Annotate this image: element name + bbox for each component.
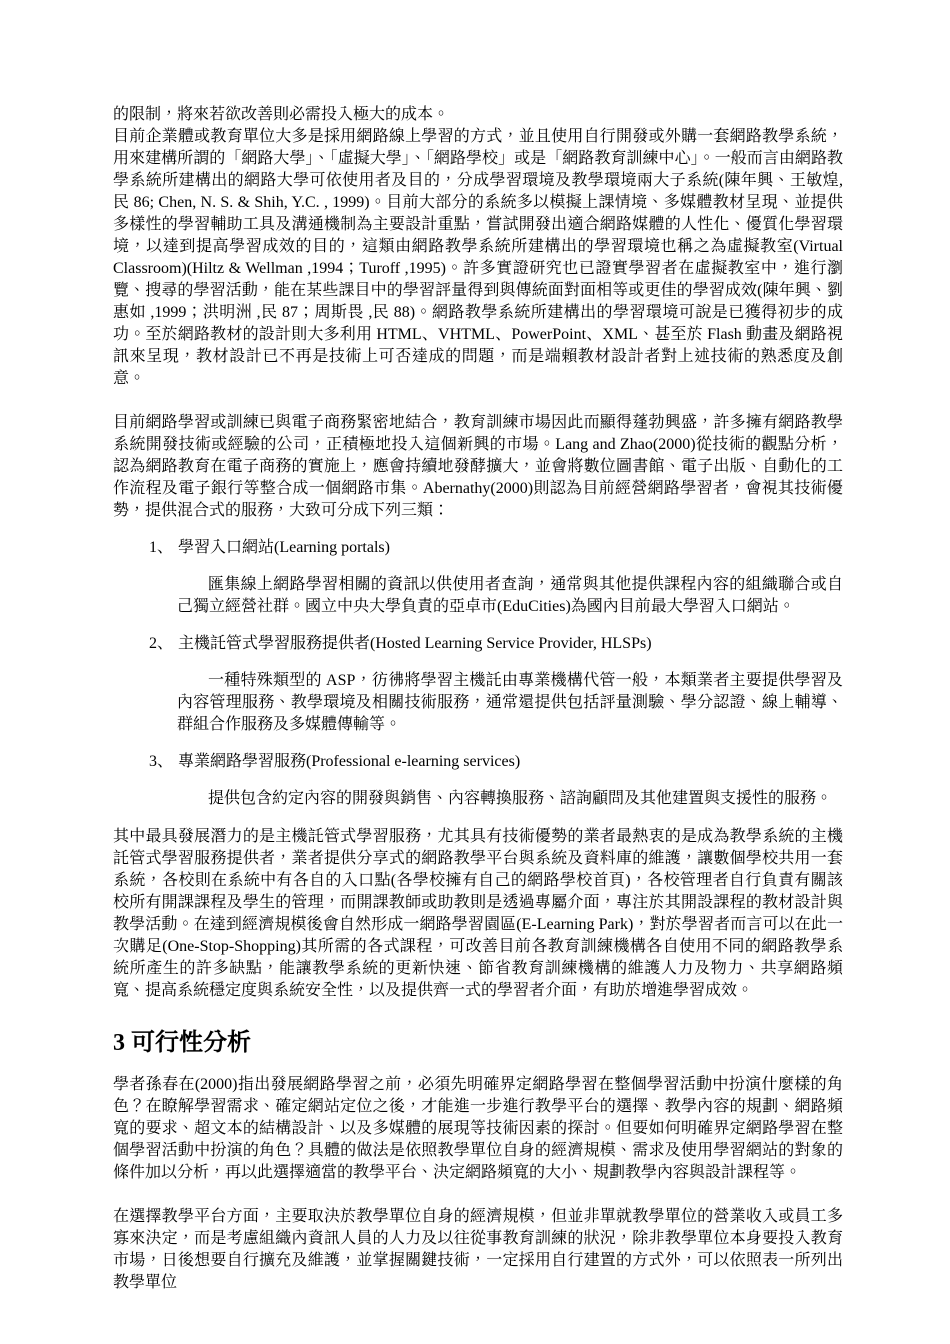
list-item-number: 1、: [149, 537, 178, 559]
list-item-number: 2、: [149, 633, 178, 655]
list-item-title: 學習入口網站(Learning portals): [178, 539, 390, 556]
paragraph-continuation: 的限制，將來若欲改善則必需投入極大的成本。: [113, 104, 843, 126]
document-page: 的限制，將來若欲改善則必需投入極大的成本。 目前企業體或教育單位大多是採用網路線…: [0, 0, 950, 1344]
list-item-title-row: 2、主機託管式學習服務提供者(Hosted Learning Service P…: [149, 633, 843, 655]
list-item-professional-services: 3、專業網路學習服務(Professional e-learning servi…: [113, 751, 843, 810]
paragraph-ecommerce-trend: 目前網路學習或訓練已與電子商務緊密地結合，教育訓練市場因此而顯得蓬勃興盛，許多擁…: [113, 412, 843, 522]
list-item-title-row: 1、學習入口網站(Learning portals): [149, 537, 843, 559]
list-item-body: 一種特殊類型的 ASP，彷彿將學習主機託由專業機構代管一般，本類業者主要提供學習…: [177, 670, 843, 736]
paragraph-hlsp-potential: 其中最具發展潛力的是主機託管式學習服務，尤其具有技術優勢的業者最熱衷的是成為教學…: [113, 826, 843, 1002]
paragraph-elearning-overview: 目前企業體或教育單位大多是採用網路線上學習的方式，並且使用自行開發或外購一套網路…: [113, 126, 843, 390]
list-item-body: 提供包含約定內容的開發與銷售、內容轉換服務、諮詢顧問及其他建置與支援性的服務。: [177, 788, 843, 810]
list-item-body: 匯集線上網路學習相關的資訊以供使用者查詢，通常與其他提供課程內容的組織聯合或自己…: [177, 574, 843, 618]
list-item-number: 3、: [149, 751, 178, 773]
numbered-list: 1、學習入口網站(Learning portals) 匯集線上網路學習相關的資訊…: [113, 537, 843, 810]
list-item-hosted-learning: 2、主機託管式學習服務提供者(Hosted Learning Service P…: [113, 633, 843, 736]
section-heading-feasibility: 3 可行性分析: [113, 1029, 843, 1057]
paragraph-feasibility-intro: 學者孫春在(2000)指出發展網路學習之前，必須先明確界定網路學習在整個學習活動…: [113, 1074, 843, 1184]
list-item-title: 專業網路學習服務(Professional e-learning service…: [178, 753, 520, 770]
list-item-title: 主機託管式學習服務提供者(Hosted Learning Service Pro…: [178, 635, 652, 652]
paragraph-platform-selection: 在選擇教學平台方面，主要取決於教學單位自身的經濟規模，但並非單就教學單位的營業收…: [113, 1206, 843, 1294]
list-item-learning-portals: 1、學習入口網站(Learning portals) 匯集線上網路學習相關的資訊…: [113, 537, 843, 618]
list-item-title-row: 3、專業網路學習服務(Professional e-learning servi…: [149, 751, 843, 773]
